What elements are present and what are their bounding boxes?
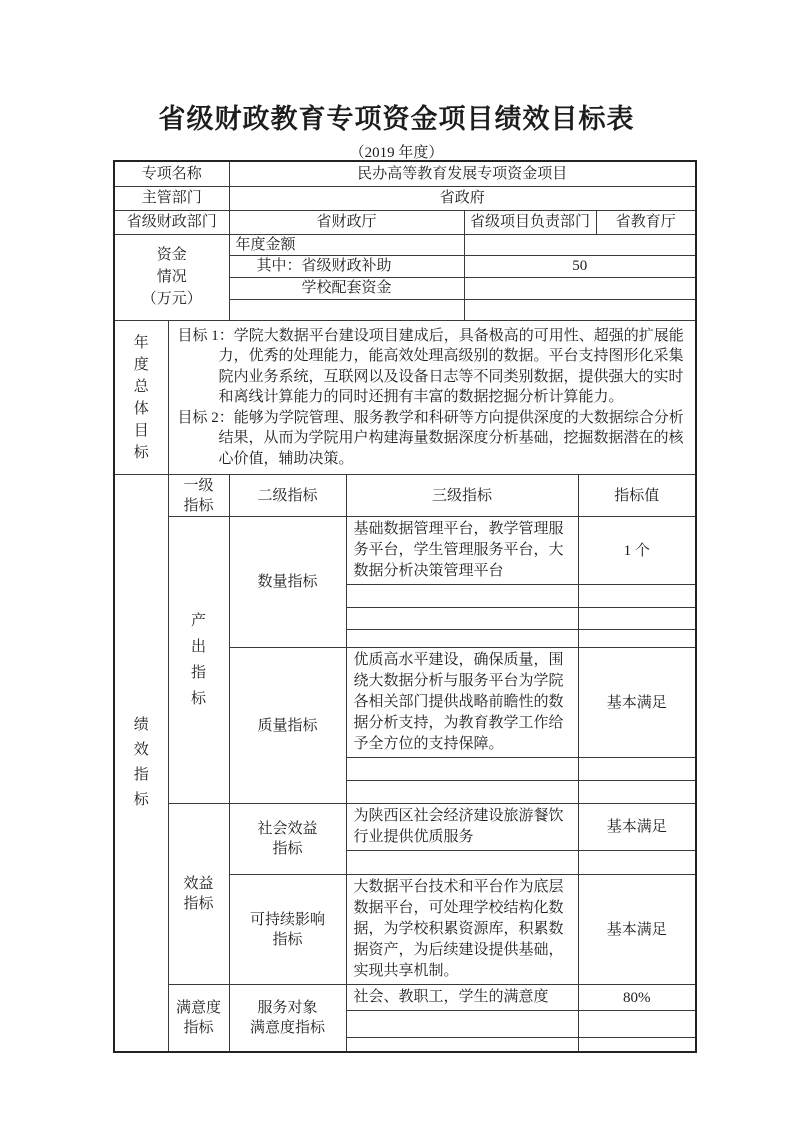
empty-value-cell (578, 758, 696, 781)
funding-row-value (464, 277, 696, 299)
funding-row-label (229, 299, 464, 320)
empty-value-cell (578, 1011, 696, 1038)
performance-target-table: 专项名称 民办高等教育发展专项资金项目 主管部门 省政府 省级财政部门 省财政厅… (113, 160, 697, 1053)
social-benefit-detail-cell: 为陕西区社会经济建设旅游餐饮行业提供优质服务 (346, 804, 578, 851)
supervisor-label-cell: 主管部门 (114, 186, 229, 210)
empty-value-cell (578, 585, 696, 608)
quality-detail-cell: 优质高水平建设，确保质量，围绕大数据分析与服务平台为学院各相关部门提供战略前瞻性… (346, 648, 578, 758)
empty-detail-cell (346, 758, 578, 781)
empty-value-cell (578, 630, 696, 648)
responsible-dept-label-cell: 省级项目负责部门 (464, 210, 596, 234)
benefit-indicator-cell: 效益 指标 (168, 804, 229, 985)
funding-row-value (464, 299, 696, 320)
goal-1-paragraph: 目标 1：学院大数据平台建设项目建成后，具备极高的可用性、超强的扩展能力，优秀的… (178, 326, 687, 408)
finance-dept-label-cell: 省级财政部门 (114, 210, 229, 234)
funding-row-label: 其中：省级财政补助 (229, 255, 464, 277)
empty-value-cell (578, 781, 696, 804)
header-level1-cell: 一级 指标 (168, 475, 229, 517)
page-subtitle: （2019 年度） (0, 141, 793, 162)
quality-value-cell: 基本满足 (578, 648, 696, 758)
responsible-dept-value-cell: 省教育厅 (596, 210, 696, 234)
quantity-detail-cell: 基础数据管理平台，教学管理服务平台，学生管理服务平台，大数据分析决策管理平台 (346, 517, 578, 585)
empty-detail-cell (346, 1011, 578, 1038)
funding-row-value (464, 234, 696, 255)
funding-section-label-cell: 资金 情况 （万元） (114, 234, 229, 320)
funding-row-label: 学校配套资金 (229, 277, 464, 299)
quality-indicator-cell: 质量指标 (229, 648, 346, 804)
social-benefit-value-cell: 基本满足 (578, 804, 696, 851)
output-indicator-cell: 产 出 指 标 (168, 517, 229, 804)
sustainability-indicator-cell: 可持续影响 指标 (229, 875, 346, 985)
empty-detail-cell (346, 630, 578, 648)
quantity-indicator-cell: 数量指标 (229, 517, 346, 648)
annual-goal-label-cell: 年 度 总 体 目 标 (114, 320, 168, 475)
header-level2-cell: 二级指标 (229, 475, 346, 517)
empty-value-cell (578, 608, 696, 630)
empty-detail-cell (346, 781, 578, 804)
annual-goal-text-cell: 目标 1：学院大数据平台建设项目建成后，具备极高的可用性、超强的扩展能力，优秀的… (168, 320, 696, 475)
empty-value-cell (578, 851, 696, 875)
perf-section-label-cell: 绩 效 指 标 (114, 475, 168, 1052)
sustainability-detail-cell: 大数据平台技术和平台作为底层数据平台，可处理学校结构化数据，为学校积累资源库，积… (346, 875, 578, 985)
satisfaction-value-cell: 80% (578, 985, 696, 1011)
page-title: 省级财政教育专项资金项目绩效目标表 (0, 97, 793, 136)
empty-detail-cell (346, 608, 578, 630)
header-level3-cell: 三级指标 (346, 475, 578, 517)
empty-detail-cell (346, 1038, 578, 1052)
service-target-indicator-cell: 服务对象 满意度指标 (229, 985, 346, 1052)
empty-detail-cell (346, 585, 578, 608)
empty-value-cell (578, 1038, 696, 1052)
funding-row-label: 年度金额 (229, 234, 464, 255)
goal-2-paragraph: 目标 2：能够为学院管理、服务教学和科研等方向提供深度的大数据综合分析结果，从而… (178, 408, 687, 470)
header-value-cell: 指标值 (578, 475, 696, 517)
finance-dept-value-cell: 省财政厅 (229, 210, 464, 234)
quantity-value-cell: 1 个 (578, 517, 696, 585)
supervisor-value-cell: 省政府 (229, 186, 696, 210)
satisfaction-indicator-cell: 满意度 指标 (168, 985, 229, 1052)
project-name-value-cell: 民办高等教育发展专项资金项目 (229, 161, 696, 186)
empty-detail-cell (346, 851, 578, 875)
social-benefit-indicator-cell: 社会效益 指标 (229, 804, 346, 875)
funding-row-value: 50 (464, 255, 696, 277)
document-page: 省级财政教育专项资金项目绩效目标表 （2019 年度） 专项名称 民办高等教育发… (0, 0, 793, 1123)
sustainability-value-cell: 基本满足 (578, 875, 696, 985)
satisfaction-detail-cell: 社会、教职工，学生的满意度 (346, 985, 578, 1011)
project-name-label-cell: 专项名称 (114, 161, 229, 186)
